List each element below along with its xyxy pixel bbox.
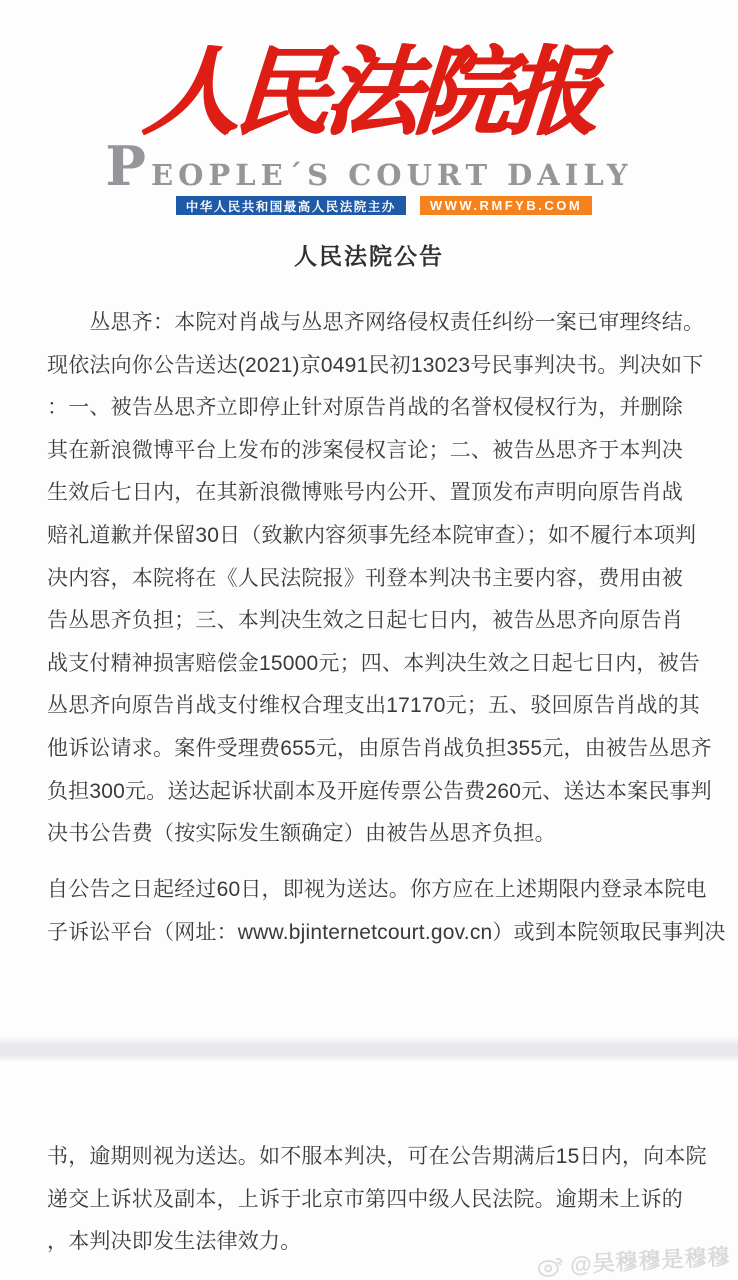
- text-line: 丛思齐向原告肖战支付维权合理支出17170元；五、驳回原告肖战的其: [47, 685, 698, 728]
- court-notice-page: 人民法院报 PEOPLE´S COURT DAILY 中华人民共和国最高人民法院…: [0, 0, 738, 1280]
- notice-body-paragraph-3: 书，逾期则视为送达。如不服本判决，可在公告期满后15日内，向本院递交上诉状及副本…: [47, 1136, 698, 1264]
- masthead: 人民法院报 PEOPLE´S COURT DAILY 中华人民共和国最高人民法院…: [0, 42, 738, 215]
- text-line: 书，逾期则视为送达。如不服本判决，可在公告期满后15日内，向本院: [47, 1136, 698, 1179]
- screenshot-stitch-divider: [0, 1036, 738, 1062]
- text-line: 其在新浪微博平台上发布的涉案侵权言论；二、被告丛思齐于本判决: [47, 430, 698, 473]
- text-line: 告丛思齐负担；三、本判决生效之日起七日内，被告丛思齐向原告肖: [47, 600, 698, 643]
- weibo-icon: [535, 1251, 566, 1279]
- masthead-logo-chinese: 人民法院报: [140, 42, 597, 143]
- masthead-website-bar: WWW.RMFYB.COM: [420, 196, 592, 215]
- notice-body-paragraph-1: 丛思齐：本院对肖战与丛思齐网络侵权责任纠纷一案已审理终结。现依法向你公告送达(2…: [47, 302, 698, 856]
- text-line: 负担300元。送达起诉状副本及开庭传票公告费260元、送达本案民事判: [47, 771, 698, 814]
- text-line: 战支付精神损害赔偿金15000元；四、本判决生效之日起七日内，被告: [47, 643, 698, 686]
- text-line: 现依法向你公告送达(2021)京0491民初13023号民事判决书。判决如下: [47, 345, 698, 388]
- text-line: 子诉讼平台（网址：www.bjinternetcourt.gov.cn）或到本院…: [47, 912, 698, 955]
- text-line: 他诉讼请求。案件受理费655元，由原告肖战负担355元，由被告丛思齐: [47, 728, 698, 771]
- text-line: 决书公告费（按实际发生额确定）由被告丛思齐负担。: [47, 813, 698, 856]
- masthead-bars: 中华人民共和国最高人民法院主办 WWW.RMFYB.COM: [30, 196, 738, 215]
- notice-body-paragraph-2: 自公告之日起经过60日，即视为送达。你方应在上述期限内登录本院电子诉讼平台（网址…: [47, 869, 698, 954]
- notice-title: 人民法院公告: [0, 238, 738, 271]
- text-line: 丛思齐：本院对肖战与丛思齐网络侵权责任纠纷一案已审理终结。: [47, 302, 698, 345]
- masthead-organizer-bar: 中华人民共和国最高人民法院主办: [176, 196, 406, 215]
- text-line: 赔礼道歉并保留30日（致歉内容须事先经本院审查）；如不履行本项判: [47, 515, 698, 558]
- text-line: 决内容，本院将在《人民法院报》刊登本判决书主要内容，费用由被: [47, 558, 698, 601]
- text-line: 生效后七日内，在其新浪微博账号内公开、置顶发布声明向原告肖战: [47, 472, 698, 515]
- text-line: ：一、被告丛思齐立即停止针对原告肖战的名誉权侵权行为，并删除: [47, 387, 698, 430]
- text-line: 自公告之日起经过60日，即视为送达。你方应在上述期限内登录本院电: [47, 869, 698, 912]
- text-line: 递交上诉状及副本，上诉于北京市第四中级人民法院。逾期未上诉的: [47, 1179, 698, 1222]
